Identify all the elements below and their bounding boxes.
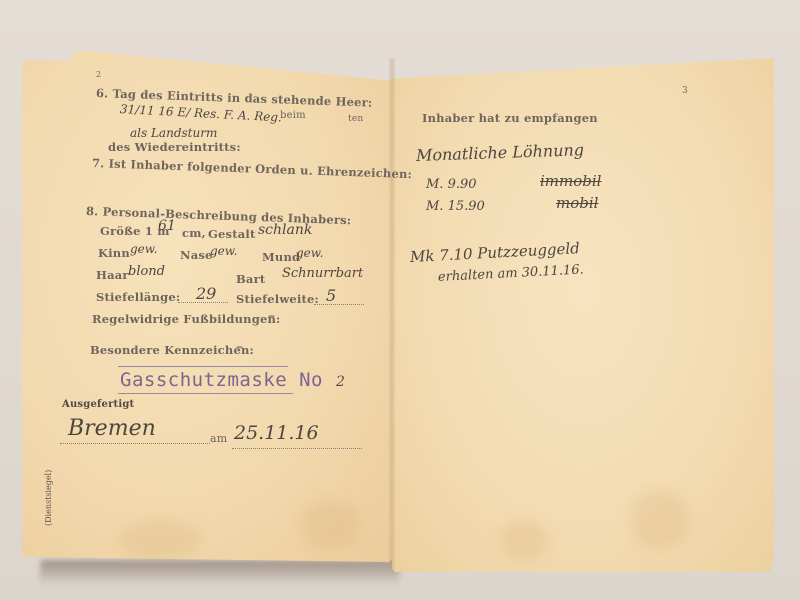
foot-label: Regelwidrige Fußbildungen: <box>92 312 280 326</box>
nose-label: Nase <box>180 248 213 262</box>
right-page <box>392 58 774 572</box>
beard-label: Bart <box>236 272 265 286</box>
pay-note-immobile: immobil <box>540 172 601 190</box>
issued-label: Ausgefertigt <box>62 399 134 410</box>
hair-value: blond <box>128 264 165 279</box>
paper-stain <box>630 490 690 550</box>
pay-amount-immobile: M. 9.90 <box>426 177 477 192</box>
height-value: 61 <box>158 218 176 234</box>
chin-value: gew. <box>130 242 157 256</box>
stamp-rule-top <box>118 366 288 367</box>
pay-note-mobile: mobil <box>556 194 598 212</box>
chin-label: Kinn <box>98 246 130 260</box>
issued-place: Bremen <box>68 416 156 441</box>
boot-length-value: 29 <box>196 284 216 303</box>
page-number-left: 2 <box>96 70 101 79</box>
stamp-rule-bottom <box>118 393 293 394</box>
boot-width-label: Stiefelweite: <box>236 292 319 306</box>
boot-length-label: Stiefellänge: <box>96 290 180 304</box>
seal-margin-text: (Dienstsiegel) <box>44 470 53 526</box>
pay-amount-mobile: M. 15.90 <box>426 199 485 214</box>
page-number-right: 3 <box>682 86 688 96</box>
reentry-value: als Landsturm <box>130 126 217 140</box>
issued-am-label: am <box>210 432 227 445</box>
issued-place-line <box>60 443 210 444</box>
foot-value: – <box>268 308 275 324</box>
receipts-heading: Inhaber hat zu empfangen <box>422 111 598 125</box>
boot-width-line <box>314 304 364 305</box>
book-shadow <box>39 560 401 586</box>
nose-value: gew. <box>210 244 237 258</box>
build-value: schlank <box>258 222 312 238</box>
beim-label: beim <box>280 110 306 121</box>
gas-mask-number: 2 <box>336 374 345 390</box>
paper-stain <box>300 500 360 550</box>
reentry-label: des Wiedereintritts: <box>108 140 241 154</box>
beard-value: Schnurrbart <box>282 266 363 281</box>
paper-stain <box>500 520 550 560</box>
issued-date: 25.11.16 <box>234 422 319 444</box>
paper-stain <box>120 520 200 560</box>
special-marks-value: – <box>236 339 243 355</box>
build-label: Gestalt <box>208 227 255 241</box>
mouth-value: gew. <box>296 246 323 260</box>
book-gutter <box>388 58 396 570</box>
boot-width-value: 5 <box>326 286 336 305</box>
issued-date-line <box>232 448 362 449</box>
special-marks-label: Besondere Kennzeichen: <box>90 343 254 357</box>
gas-mask-stamp: Gasschutzmaske No <box>120 369 323 391</box>
height-unit: cm, <box>182 226 206 240</box>
ten-label: ten <box>348 114 363 124</box>
hair-label: Haar <box>96 268 129 282</box>
mouth-label: Mund <box>262 250 300 264</box>
